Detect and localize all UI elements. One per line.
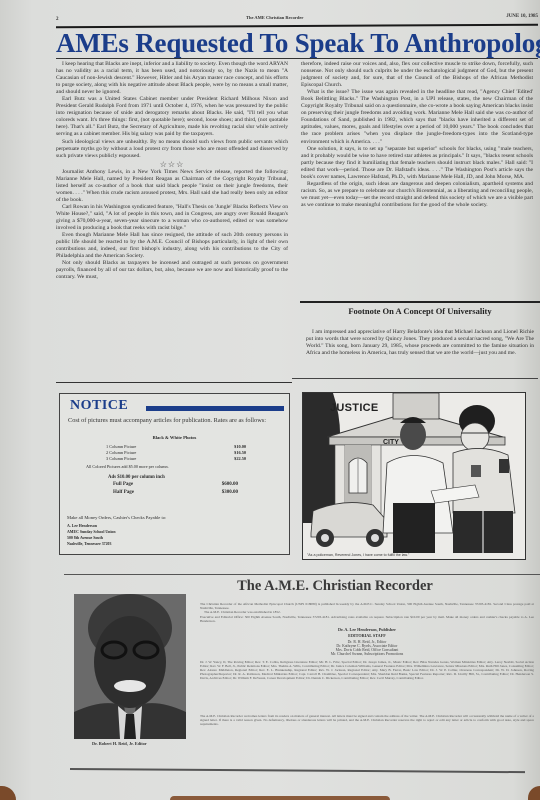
article-paragraph: Earl Butz was a United States Cabinet me… bbox=[56, 96, 288, 138]
footnote-title: Footnote On A Concept Of Universality bbox=[300, 306, 540, 316]
article-paragraph: Such ideological views are unhealthy. By… bbox=[56, 139, 288, 160]
article-paragraph: One solution, it says, is to set up "sep… bbox=[301, 146, 533, 181]
address-line: 500 8th Avenue South bbox=[67, 536, 103, 540]
ad-rate-label: Half Page bbox=[113, 490, 134, 495]
letters-policy: The A.M.E. Christian Recorder welcomes l… bbox=[200, 714, 534, 726]
article-paragraph: therefore, indeed raise our voices and, … bbox=[301, 61, 533, 89]
rate-price: $10.00 bbox=[234, 444, 246, 449]
ad-rate-label: Full Page bbox=[113, 482, 133, 487]
article-paragraph: I keep hearing that Blacks are inept, in… bbox=[56, 61, 288, 96]
ad-rate-row: Half Page $300.00 bbox=[113, 490, 238, 495]
ad-rate-row: Full Page $600.00 bbox=[113, 482, 238, 487]
footnote-body: I am impressed and appreciative of Harry… bbox=[306, 329, 534, 357]
section-rule bbox=[300, 301, 540, 303]
colored-pictures-note: All Colored Pictures add $5.00 more per … bbox=[86, 464, 169, 469]
address-line: A. Lee Henderson bbox=[67, 524, 97, 528]
rate-label: 2 Column Picture bbox=[106, 450, 136, 455]
publisher-line: Dr. A. Lee Henderson, Publisher bbox=[200, 628, 534, 632]
masthead-paragraph: Executive and Editorial Office: 500 Eigh… bbox=[200, 615, 534, 623]
notice-title: NOTICE bbox=[70, 398, 128, 414]
justice-cartoon: CITY bbox=[302, 392, 526, 560]
running-head-publication: The AME Christian Recorder bbox=[246, 15, 303, 20]
article-paragraph: What is the issue? The issue was again r… bbox=[301, 89, 533, 145]
editor-portrait-icon bbox=[74, 594, 186, 739]
page-corner bbox=[528, 786, 540, 800]
article-paragraph: Regardless of the origin, such ideas are… bbox=[301, 181, 533, 209]
star-separator: ☆☆☆ bbox=[56, 160, 288, 169]
address-line: Nashville, Tennessee 37203 bbox=[67, 542, 111, 546]
ad-rate-price: $600.00 bbox=[222, 482, 238, 487]
cartoon-illustration-icon: CITY bbox=[303, 393, 526, 560]
article-paragraph: Journalist Anthony Lewis, in a New York … bbox=[56, 169, 288, 204]
article-column-left: I keep hearing that Blacks are inept, in… bbox=[56, 61, 288, 281]
masthead-paragraph: The Christian Recorder of the African Me… bbox=[200, 602, 534, 610]
page-bottom-edge bbox=[170, 796, 390, 800]
rate-label: 1 Column Picture bbox=[106, 444, 136, 449]
masthead-rule bbox=[64, 574, 540, 575]
headline-rule bbox=[56, 58, 538, 59]
footnote-rule bbox=[292, 378, 538, 379]
photo-caption: Dr. Robert H. Reid, Jr. Editor bbox=[92, 741, 147, 746]
building-sign: CITY bbox=[383, 439, 399, 446]
article-paragraph: Even though Marianne Mele Hall has since… bbox=[56, 232, 288, 260]
newspaper-page: 2 The AME Christian Recorder JUNE 10, 19… bbox=[0, 0, 540, 800]
issue-date: JUNE 10, 1985 bbox=[506, 14, 538, 19]
rate-label: 3 Column Picture bbox=[106, 456, 136, 461]
photo-rate-row: 2 Column Picture $16.50 bbox=[106, 450, 246, 455]
notice-intro: Cost of pictures must accompany articles… bbox=[68, 418, 284, 425]
footnote-paragraph: I am impressed and appreciative of Harry… bbox=[306, 329, 534, 357]
cartoon-label: JUSTICE bbox=[330, 402, 379, 414]
notice-subtitle: Black & White Photos bbox=[60, 435, 289, 440]
address-line: AMEC Sunday School Union bbox=[67, 530, 116, 534]
editorial-staff-heading: EDITORIAL STAFF bbox=[200, 634, 534, 638]
section-rule bbox=[56, 382, 292, 383]
rate-price: $22.50 bbox=[234, 456, 246, 461]
notice-accent-bar bbox=[146, 406, 284, 411]
ad-rate-price: $300.00 bbox=[222, 490, 238, 495]
article-column-right: therefore, indeed raise our voices and, … bbox=[301, 61, 533, 209]
editor-photo bbox=[74, 594, 186, 739]
page-corner bbox=[0, 786, 16, 800]
masthead-paragraph: The A.M.E. Christian Recorder was establ… bbox=[204, 610, 534, 614]
article-paragraph: Not only should Blacks as taxpayers be i… bbox=[56, 260, 288, 281]
photo-rate-row: 1 Column Picture $10.00 bbox=[106, 444, 246, 449]
staff-line: Mr. Churchel Swann, Subscriptions Promot… bbox=[200, 652, 534, 656]
contributors-list: Dr. J. W. Yancy, II, The Roving Editor; … bbox=[200, 660, 534, 680]
ads-heading: Ads $10.00 per column inch bbox=[108, 475, 165, 480]
cartoon-caption: "As a policeman, Reverend Jones, I have … bbox=[307, 553, 409, 557]
article-headline: AMEs Requested To Speak To Anthropologic… bbox=[56, 29, 540, 57]
masthead-title: The A.M.E. Christian Recorder bbox=[195, 578, 475, 595]
article-paragraph: Carl Rowan in his Washington syndicated … bbox=[56, 204, 288, 232]
rate-price: $16.50 bbox=[234, 450, 246, 455]
notice-box: NOTICE Cost of pictures must accompany a… bbox=[59, 393, 290, 555]
payable-note: Make all Money Orders, Cashier's Checks … bbox=[67, 515, 166, 520]
page-number: 2 bbox=[56, 17, 59, 22]
photo-rate-row: 3 Column Picture $22.50 bbox=[106, 456, 246, 461]
bottom-rule bbox=[70, 768, 525, 773]
